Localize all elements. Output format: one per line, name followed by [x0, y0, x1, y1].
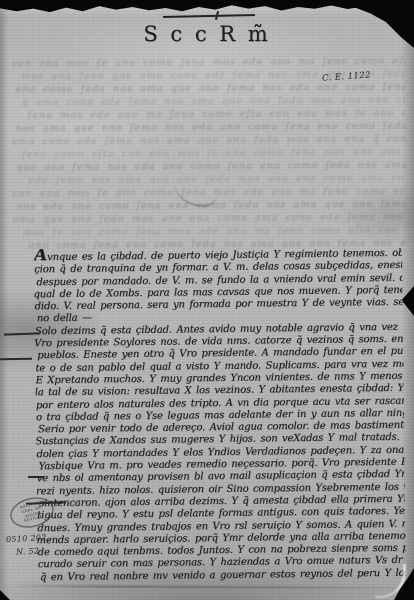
page-heading: S c c R m̃: [0, 22, 414, 46]
margin-dash: [28, 476, 44, 478]
manuscript-text-block: Avnque es la çibdad. de puerto viejo Jus…: [34, 245, 406, 587]
manuscript-scan: con ena mos ſe ano como ſena mos ede ano…: [0, 0, 414, 600]
ghost-text-block: con ena mos ſe ano como ſena mos ede ano…: [11, 55, 406, 250]
archive-reference-2: N. 52: [16, 546, 40, 556]
